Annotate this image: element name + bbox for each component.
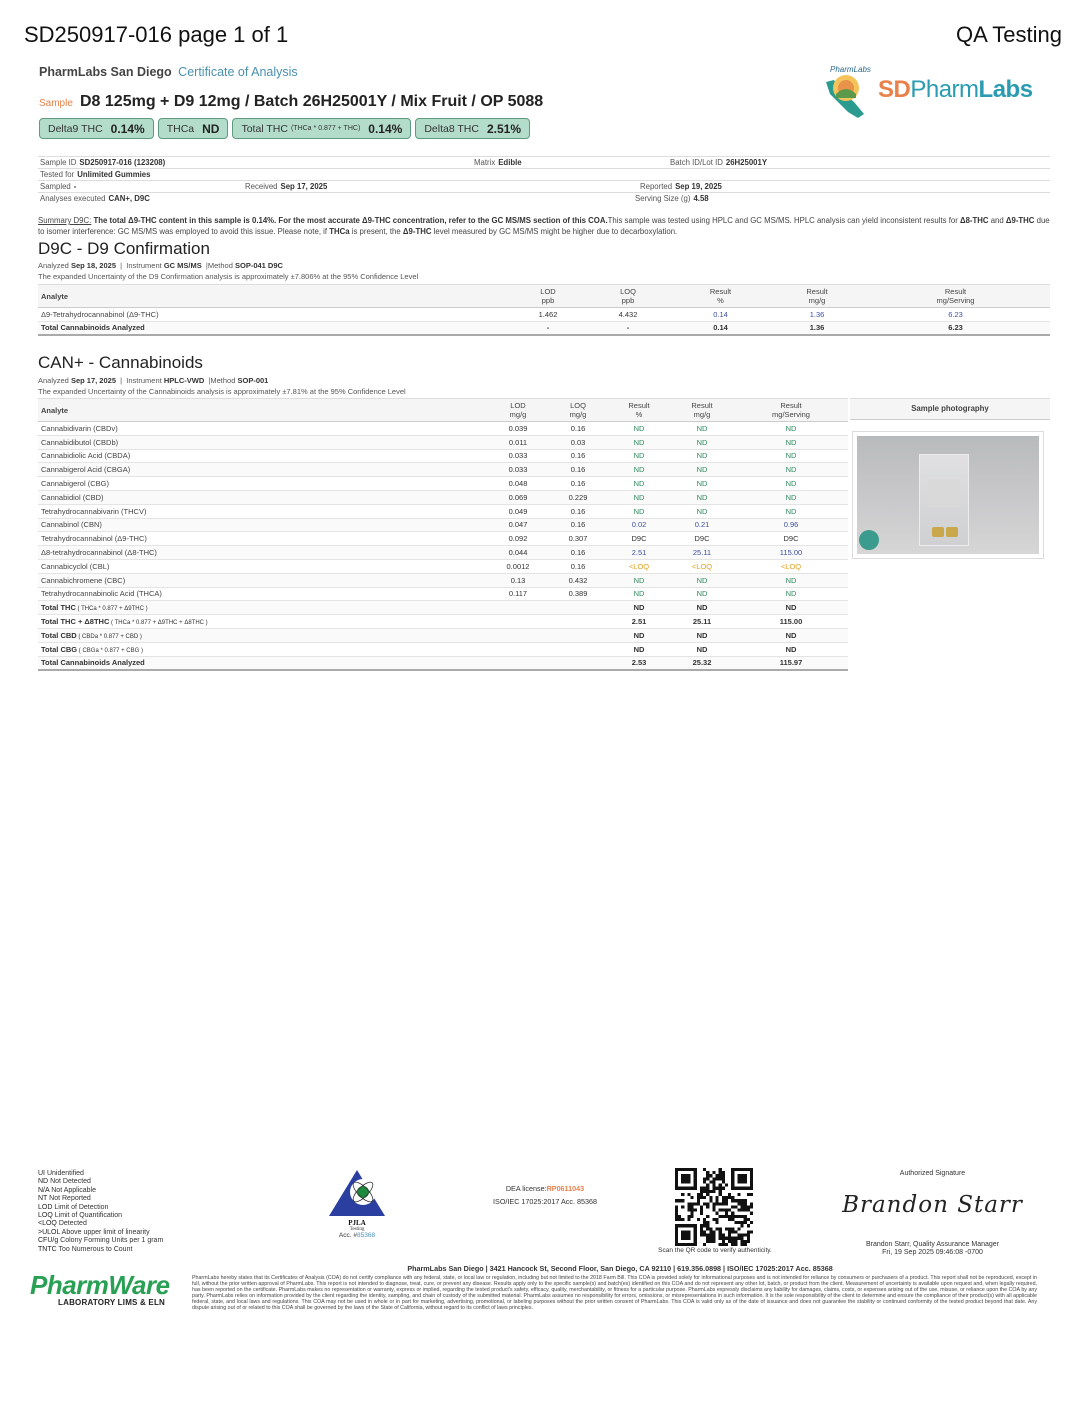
- analyte-formula: ( CBGa * 0.877 + CBG ): [77, 648, 143, 654]
- result-mgg-cell: 25.32: [670, 656, 734, 670]
- meta-label: Method: [208, 261, 233, 270]
- result-pct-cell: 0.14: [668, 321, 773, 335]
- loq-cell: [548, 642, 608, 656]
- table-row: Total CBG ( CBGa * 0.877 + CBG )NDNDND: [38, 642, 848, 656]
- table-row: Tetrahydrocannabivarin (THCV)0.0490.16ND…: [38, 504, 848, 518]
- result-mgg-cell: ND: [670, 477, 734, 491]
- summary-bold: THCa: [329, 227, 349, 236]
- result-serving-cell: ND: [734, 587, 848, 601]
- legend-abbr: TNTC: [38, 1246, 57, 1253]
- batch-label: Batch ID/Lot ID: [670, 158, 723, 167]
- can-uncertainty: The expanded Uncertainty of the Cannabin…: [38, 387, 406, 396]
- table-row: Cannabidivarin (CBDv)0.0390.16NDNDND: [38, 422, 848, 436]
- analyte-cell: Total THC + Δ8THC ( THCa * 0.877 + Δ9THC…: [38, 615, 488, 629]
- serving-field: Serving Size (g)4.58: [635, 194, 709, 203]
- result-pct-cell: ND: [608, 463, 670, 477]
- lod-cell: [488, 615, 548, 629]
- signature-title: Authorized Signature: [860, 1170, 1005, 1177]
- loq-cell: 0.307: [548, 532, 608, 546]
- lod-cell: [488, 601, 548, 615]
- qr-caption: Scan the QR code to verify authenticity.: [640, 1247, 790, 1254]
- lod-cell: 0.092: [488, 532, 548, 546]
- lod-cell: 0.049: [488, 504, 548, 518]
- legend-item: CFU/g Colony Forming Units per 1 gram: [38, 1237, 163, 1245]
- info-row: Analyses executedCAN+, D9C Serving Size …: [38, 192, 1050, 204]
- meta-label: Method: [210, 376, 235, 385]
- result-pct-cell: 2.51: [608, 546, 670, 560]
- table-header-row: AnalyteLODppbLOQppbResult%Resultmg/gResu…: [38, 285, 1050, 308]
- table-row: Δ8-tetrahydrocannabinol (Δ8-THC)0.0440.1…: [38, 546, 848, 560]
- doc-type: Certificate of Analysis: [178, 65, 298, 79]
- signer-info: Brandon Starr, Quality Assurance Manager…: [835, 1241, 1030, 1257]
- logo-pharm: Pharm: [910, 76, 978, 103]
- result-mgg-cell: 25.11: [670, 546, 734, 560]
- summary-bold: Δ9-THC: [1006, 216, 1035, 225]
- pharmware-subtitle: LABORATORY LIMS & ELN: [58, 1298, 170, 1307]
- result-serving-cell: D9C: [734, 532, 848, 546]
- pharmware-logo: PharmWare LABORATORY LIMS & ELN: [30, 1272, 170, 1312]
- badge-thca: THCa ND: [158, 118, 229, 139]
- legend-item: >ULOL Above upper limit of linearity: [38, 1229, 163, 1237]
- d9c-uncertainty: The expanded Uncertainty of the D9 Confi…: [38, 272, 418, 281]
- lod-cell: 0.033: [488, 449, 548, 463]
- signer-name: Brandon Starr, Quality Assurance Manager: [835, 1241, 1030, 1249]
- sample-photo: [852, 431, 1044, 559]
- legend-abbr: UI: [38, 1170, 45, 1177]
- legend-item: UI Unidentified: [38, 1170, 163, 1178]
- lod-cell: -: [508, 321, 588, 335]
- d9c-method: SOP-041 D9C: [235, 261, 283, 270]
- legend-item: ND Not Detected: [38, 1178, 163, 1186]
- legend-abbr: NT: [38, 1195, 47, 1202]
- column-header: LODppb: [508, 285, 588, 308]
- matrix-field: MatrixEdible: [474, 158, 522, 167]
- loq-cell: 0.16: [548, 559, 608, 573]
- result-serving-cell: ND: [734, 422, 848, 436]
- result-mgg-cell: 25.11: [670, 615, 734, 629]
- dea-number: RP0611043: [547, 1184, 585, 1193]
- table-row: Total THC + Δ8THC ( THCa * 0.877 + Δ9THC…: [38, 615, 848, 629]
- legend-abbr: CFU/g: [38, 1237, 58, 1244]
- table-row: Tetrahydrocannabinol (Δ9-THC)0.0920.307D…: [38, 532, 848, 546]
- result-mgg-cell: 0.21: [670, 518, 734, 532]
- column-header: Resultmg/Serving: [861, 285, 1050, 308]
- result-serving-cell: ND: [734, 504, 848, 518]
- d9c-analyzed: Sep 18, 2025: [71, 261, 116, 270]
- analyte-cell: Tetrahydrocannabinolic Acid (THCA): [38, 587, 488, 601]
- table-row: Cannabinol (CBN)0.0470.160.020.210.96: [38, 518, 848, 532]
- potency-badges: Delta9 THC 0.14% THCa ND Total THC (THCa…: [39, 118, 530, 139]
- result-serving-cell: ND: [734, 628, 848, 642]
- analyte-cell: Total Cannabinoids Analyzed: [38, 321, 508, 335]
- result-pct-cell: ND: [608, 601, 670, 615]
- column-header: Resultmg/Serving: [734, 399, 848, 422]
- table-row: Tetrahydrocannabinolic Acid (THCA)0.1170…: [38, 587, 848, 601]
- result-mgg-cell: 1.36: [773, 321, 861, 335]
- legend-abbr: N/A: [38, 1187, 49, 1194]
- result-mgg-cell: D9C: [670, 532, 734, 546]
- result-serving-cell: ND: [734, 573, 848, 587]
- result-serving-cell: 6.23: [861, 308, 1050, 322]
- result-serving-cell: ND: [734, 463, 848, 477]
- result-serving-cell: 115.00: [734, 546, 848, 560]
- result-pct-cell: ND: [608, 504, 670, 518]
- loq-cell: 0.16: [548, 477, 608, 491]
- acc-label: Acc. #: [339, 1232, 357, 1239]
- table-row: Cannabidibutol (CBDb)0.0110.03NDNDND: [38, 435, 848, 449]
- result-serving-cell: 115.97: [734, 656, 848, 670]
- legal-disclaimer: PharmLabs hereby states that its Certifi…: [192, 1275, 1037, 1311]
- analyte-cell: Cannabigerol (CBG): [38, 477, 488, 491]
- reported-field: ReportedSep 19, 2025: [640, 182, 722, 191]
- d9c-title: D9C - D9 Confirmation: [38, 239, 210, 259]
- summary-bold: Δ9-THC: [403, 227, 432, 236]
- column-header: Resultmg/g: [773, 285, 861, 308]
- lod-cell: [488, 628, 548, 642]
- tested-for-field: Tested forUnlimited Gummies: [40, 170, 150, 179]
- lod-cell: 0.0012: [488, 559, 548, 573]
- analyte-formula: ( CBDa * 0.877 + CBD ): [77, 634, 142, 640]
- badge-value: ND: [202, 122, 219, 136]
- lod-cell: [488, 656, 548, 670]
- can-meta: Analyzed Sep 17, 2025 | Instrument HPLC-…: [38, 376, 268, 385]
- page-id-line: SD250917-016 page 1 of 1: [24, 22, 288, 48]
- badge-label: Total THC: [241, 123, 288, 135]
- result-serving-cell: ND: [734, 435, 848, 449]
- loq-cell: [548, 628, 608, 642]
- result-mgg-cell: <LOQ: [670, 559, 734, 573]
- received-label: Received: [245, 182, 278, 191]
- summary-bold: The total Δ9-THC content in this sample …: [93, 216, 607, 225]
- loq-cell: 4.432: [588, 308, 668, 322]
- iso-accreditation: ISO/IEC 17025:2017 Acc. 85368: [470, 1195, 620, 1208]
- table-row: Cannabidiolic Acid (CBDA)0.0330.16NDNDND: [38, 449, 848, 463]
- qa-testing-title: QA Testing: [956, 22, 1062, 48]
- can-analyzed: Sep 17, 2025: [71, 376, 116, 385]
- result-mgg-cell: ND: [670, 573, 734, 587]
- badge-label: THCa: [167, 123, 194, 135]
- info-row: Tested forUnlimited Gummies: [38, 168, 1050, 180]
- loq-cell: 0.432: [548, 573, 608, 587]
- loq-cell: 0.16: [548, 518, 608, 532]
- lod-cell: 0.033: [488, 463, 548, 477]
- loq-cell: 0.389: [548, 587, 608, 601]
- loq-cell: 0.16: [548, 422, 608, 436]
- lod-cell: 0.011: [488, 435, 548, 449]
- verification-qr-code-icon[interactable]: [675, 1168, 753, 1246]
- received-value: Sep 17, 2025: [281, 182, 328, 191]
- lod-cell: 0.039: [488, 422, 548, 436]
- result-pct-cell: 2.51: [608, 615, 670, 629]
- result-pct-cell: ND: [608, 477, 670, 491]
- table-row: Cannabicyclol (CBL)0.00120.16<LOQ<LOQ<LO…: [38, 559, 848, 573]
- signature-date: Fri, 19 Sep 2025 09:46:08 -0700: [835, 1249, 1030, 1257]
- result-mgg-cell: ND: [670, 422, 734, 436]
- pharmware-wordmark: PharmWare: [30, 1272, 170, 1298]
- lod-cell: 0.069: [488, 490, 548, 504]
- table-row: Total Cannabinoids Analyzed--0.141.366.2…: [38, 321, 1050, 335]
- column-header: Resultmg/g: [670, 399, 734, 422]
- summary-text: level measured by GC MS/MS might be high…: [431, 227, 677, 236]
- dea-license: DEA license:RP0611043 ISO/IEC 17025:2017…: [470, 1182, 620, 1208]
- california-sun-logo-icon: PharmLabs: [820, 62, 880, 122]
- analyses-label: Analyses executed: [40, 194, 105, 203]
- lod-cell: 0.047: [488, 518, 548, 532]
- result-pct-cell: ND: [608, 422, 670, 436]
- summary-d9c: Summary D9C: The total Δ9-THC content in…: [38, 215, 1050, 237]
- result-serving-cell: ND: [734, 601, 848, 615]
- loq-cell: 0.16: [548, 546, 608, 560]
- matrix-label: Matrix: [474, 158, 495, 167]
- batch-field: Batch ID/Lot ID26H25001Y: [670, 158, 767, 167]
- result-pct-cell: ND: [608, 587, 670, 601]
- sample-tag: Sample: [39, 98, 73, 109]
- loq-cell: [548, 601, 608, 615]
- result-serving-cell: 115.00: [734, 615, 848, 629]
- lod-cell: [488, 642, 548, 656]
- gummy: [932, 527, 944, 537]
- badge-label: Delta8 THC: [424, 123, 479, 135]
- sample-info: Sample IDSD250917-016 (123208) MatrixEdi…: [38, 156, 1050, 204]
- meta-label: Analyzed: [38, 261, 69, 270]
- sample-id-value: SD250917-016 (123208): [79, 158, 165, 167]
- sample-line: Sample D8 125mg + D9 12mg / Batch 26H250…: [39, 91, 543, 111]
- analyte-cell: Cannabinol (CBN): [38, 518, 488, 532]
- table-row: Total CBD ( CBDa * 0.877 + CBD )NDNDND: [38, 628, 848, 642]
- can-method: SOP-001: [238, 376, 269, 385]
- result-mgg-cell: 1.36: [773, 308, 861, 322]
- result-mgg-cell: ND: [670, 587, 734, 601]
- logo-wordmark: SDPharmLabs: [878, 76, 1033, 104]
- result-serving-cell: ND: [734, 477, 848, 491]
- sampled-value: -: [74, 182, 77, 191]
- serving-label: Serving Size (g): [635, 194, 690, 203]
- badge-value: 2.51%: [487, 122, 521, 136]
- analyte-cell: Total CBD ( CBDa * 0.877 + CBD ): [38, 628, 488, 642]
- analyses-value: CAN+, D9C: [108, 194, 149, 203]
- gummy: [946, 527, 958, 537]
- lab-address: PharmLabs San Diego | 3421 Hancock St, S…: [190, 1264, 1050, 1273]
- column-header: Analyte: [38, 399, 488, 422]
- analyte-cell: Cannabidivarin (CBDv): [38, 422, 488, 436]
- sample-photography-header: Sample photography: [850, 398, 1050, 420]
- analyte-cell: Cannabicyclol (CBL): [38, 559, 488, 573]
- lod-cell: 1.462: [508, 308, 588, 322]
- analyte-cell: Total Cannabinoids Analyzed: [38, 656, 488, 670]
- d9c-instrument: GC MS/MS: [164, 261, 202, 270]
- result-pct-cell: 0.02: [608, 518, 670, 532]
- signature-script: Brandon Starr: [840, 1192, 1025, 1218]
- column-header: Result%: [668, 285, 773, 308]
- matrix-value: Edible: [498, 158, 521, 167]
- loq-cell: [548, 656, 608, 670]
- analyte-cell: Cannabidibutol (CBDb): [38, 435, 488, 449]
- result-mgg-cell: ND: [670, 449, 734, 463]
- analyte-cell: Cannabichromene (CBC): [38, 573, 488, 587]
- analyte-cell: Δ9-Tetrahydrocannabinol (Δ9-THC): [38, 308, 508, 322]
- sample-bag: [919, 454, 969, 546]
- lab-line: PharmLabs San Diego Certificate of Analy…: [39, 65, 298, 79]
- badge-formula: (THCa * 0.877 + THC): [291, 125, 360, 132]
- result-mgg-cell: ND: [670, 490, 734, 504]
- analyte-cell: Total THC ( THCa * 0.877 + Δ9THC ): [38, 601, 488, 615]
- table-row: Cannabichromene (CBC)0.130.432NDNDND: [38, 573, 848, 587]
- analyte-cell: Cannabigerol Acid (CBGA): [38, 463, 488, 477]
- badge-label: Delta9 THC: [48, 123, 103, 135]
- legend-abbr: >ULOL: [38, 1229, 60, 1236]
- result-mgg-cell: ND: [670, 435, 734, 449]
- result-mgg-cell: ND: [670, 642, 734, 656]
- pjla-accreditation: PJLA Testing Acc. #85368: [322, 1168, 392, 1239]
- result-serving-cell: ND: [734, 449, 848, 463]
- table-row: Cannabigerol Acid (CBGA)0.0330.16NDNDND: [38, 463, 848, 477]
- tested-for-value: Unlimited Gummies: [77, 170, 150, 179]
- serving-value: 4.58: [693, 194, 708, 203]
- result-serving-cell: 0.96: [734, 518, 848, 532]
- sample-id-label: Sample ID: [40, 158, 76, 167]
- result-pct-cell: ND: [608, 628, 670, 642]
- column-header: LOQmg/g: [548, 399, 608, 422]
- bag-label: [928, 479, 960, 507]
- lab-name: PharmLabs San Diego: [39, 65, 172, 79]
- tested-for-label: Tested for: [40, 170, 74, 179]
- loq-cell: 0.16: [548, 504, 608, 518]
- lod-cell: 0.048: [488, 477, 548, 491]
- d9c-results-table: AnalyteLODppbLOQppbResult%Resultmg/gResu…: [38, 284, 1050, 336]
- acc-number: 85368: [357, 1232, 375, 1239]
- meta-label: Instrument: [126, 376, 161, 385]
- result-mgg-cell: ND: [670, 601, 734, 615]
- column-header: Result%: [608, 399, 670, 422]
- lod-cell: 0.117: [488, 587, 548, 601]
- badge-delta8-thc: Delta8 THC 2.51%: [415, 118, 530, 139]
- legend-item: NT Not Reported: [38, 1195, 163, 1203]
- legend-abbr: <LOQ: [38, 1220, 57, 1227]
- result-pct-cell: D9C: [608, 532, 670, 546]
- summary-label: Summary D9C:: [38, 216, 91, 225]
- summary-bold: Δ8-THC: [960, 216, 989, 225]
- result-pct-cell: ND: [608, 490, 670, 504]
- summary-text: and: [989, 216, 1006, 225]
- result-serving-cell: <LOQ: [734, 559, 848, 573]
- column-header: LODmg/g: [488, 399, 548, 422]
- d9c-meta: Analyzed Sep 18, 2025 | Instrument GC MS…: [38, 261, 283, 270]
- table-row: Cannabigerol (CBG)0.0480.16NDNDND: [38, 477, 848, 491]
- badge-value: 0.14%: [368, 122, 402, 136]
- result-mgg-cell: ND: [670, 504, 734, 518]
- table-row: Δ9-Tetrahydrocannabinol (Δ9-THC)1.4624.4…: [38, 308, 1050, 322]
- can-instrument: HPLC-VWD: [164, 376, 204, 385]
- page-header: SD250917-016 page 1 of 1 QA Testing: [24, 22, 1062, 52]
- result-mgg-cell: ND: [670, 628, 734, 642]
- legend-item: N/A Not Applicable: [38, 1187, 163, 1195]
- loq-cell: [548, 615, 608, 629]
- loq-cell: -: [588, 321, 668, 335]
- table-header-row: AnalyteLODmg/gLOQmg/gResult%Resultmg/gRe…: [38, 399, 848, 422]
- column-header: LOQppb: [588, 285, 668, 308]
- can-title: CAN+ - Cannabinoids: [38, 353, 203, 373]
- sampled-label: Sampled: [40, 182, 71, 191]
- pjla-title: PJLA: [322, 1219, 392, 1227]
- analyte-cell: Cannabidiolic Acid (CBDA): [38, 449, 488, 463]
- analyte-cell: Δ8-tetrahydrocannabinol (Δ8-THC): [38, 546, 488, 560]
- badge-total-thc: Total THC (THCa * 0.877 + THC) 0.14%: [232, 118, 411, 139]
- badge-value: 0.14%: [111, 122, 145, 136]
- reported-value: Sep 19, 2025: [675, 182, 722, 191]
- legend-item: LOD Limit of Detection: [38, 1204, 163, 1212]
- cannabinoids-results-table: AnalyteLODmg/gLOQmg/gResult%Resultmg/gRe…: [38, 398, 848, 671]
- logo-sd: SD: [878, 76, 910, 103]
- result-serving-cell: ND: [734, 490, 848, 504]
- analyte-formula: ( THCa * 0.877 + Δ9THC + Δ8THC ): [109, 620, 207, 626]
- legend-item: <LOQ Detected: [38, 1220, 163, 1228]
- legend-item: TNTC Too Numerous to Count: [38, 1246, 163, 1254]
- photo-watermark-logo-icon: [859, 530, 879, 550]
- pjla-atom-logo-icon: [325, 1168, 389, 1218]
- analyte-cell: Tetrahydrocannabivarin (THCV): [38, 504, 488, 518]
- table-row: Total Cannabinoids Analyzed2.5325.32115.…: [38, 656, 848, 670]
- loq-cell: 0.229: [548, 490, 608, 504]
- batch-value: 26H25001Y: [726, 158, 767, 167]
- legend-item: LOQ Limit of Quantification: [38, 1212, 163, 1220]
- lod-cell: 0.13: [488, 573, 548, 587]
- result-pct-cell: 0.14: [668, 308, 773, 322]
- legend-abbr: ND: [38, 1178, 48, 1185]
- received-field: ReceivedSep 17, 2025: [245, 182, 327, 191]
- loq-cell: 0.03: [548, 435, 608, 449]
- analyte-cell: Cannabidiol (CBD): [38, 490, 488, 504]
- loq-cell: 0.16: [548, 463, 608, 477]
- legend-abbr: LOD: [38, 1204, 52, 1211]
- badge-delta9-thc: Delta9 THC 0.14%: [39, 118, 154, 139]
- table-row: Total THC ( THCa * 0.877 + Δ9THC )NDNDND: [38, 601, 848, 615]
- svg-text:PharmLabs: PharmLabs: [830, 65, 871, 74]
- pjla-acc: Acc. #85368: [322, 1232, 392, 1239]
- table-row: Cannabidiol (CBD)0.0690.229NDNDND: [38, 490, 848, 504]
- abbreviation-legend: UI UnidentifiedND Not DetectedN/A Not Ap…: [38, 1170, 163, 1254]
- result-pct-cell: 2.53: [608, 656, 670, 670]
- analyte-formula: ( THCa * 0.877 + Δ9THC ): [76, 606, 148, 612]
- reported-label: Reported: [640, 182, 672, 191]
- result-mgg-cell: ND: [670, 463, 734, 477]
- legend-abbr: LOQ: [38, 1212, 53, 1219]
- dea-label: DEA license:: [506, 1184, 547, 1193]
- sampled-field: Sampled-: [40, 182, 76, 191]
- result-pct-cell: ND: [608, 449, 670, 463]
- sd-pharmlabs-logo: PharmLabs SDPharmLabs: [820, 62, 1050, 122]
- result-pct-cell: <LOQ: [608, 559, 670, 573]
- logo-labs: Labs: [979, 76, 1033, 103]
- result-pct-cell: ND: [608, 435, 670, 449]
- column-header: Analyte: [38, 285, 508, 308]
- meta-label: Instrument: [126, 261, 161, 270]
- sample-title: D8 125mg + D9 12mg / Batch 26H25001Y / M…: [80, 93, 543, 110]
- summary-text: This sample was tested using HPLC and GC…: [608, 216, 960, 225]
- result-serving-cell: ND: [734, 642, 848, 656]
- result-pct-cell: ND: [608, 573, 670, 587]
- loq-cell: 0.16: [548, 449, 608, 463]
- sample-id-field: Sample IDSD250917-016 (123208): [40, 158, 165, 167]
- analyses-field: Analyses executedCAN+, D9C: [40, 194, 150, 203]
- result-pct-cell: ND: [608, 642, 670, 656]
- analyte-cell: Tetrahydrocannabinol (Δ9-THC): [38, 532, 488, 546]
- sample-photo-image: [857, 436, 1039, 554]
- info-row: Sample IDSD250917-016 (123208) MatrixEdi…: [38, 156, 1050, 168]
- lod-cell: 0.044: [488, 546, 548, 560]
- summary-text: is present, the: [350, 227, 403, 236]
- analyte-cell: Total CBG ( CBGa * 0.877 + CBG ): [38, 642, 488, 656]
- result-serving-cell: 6.23: [861, 321, 1050, 335]
